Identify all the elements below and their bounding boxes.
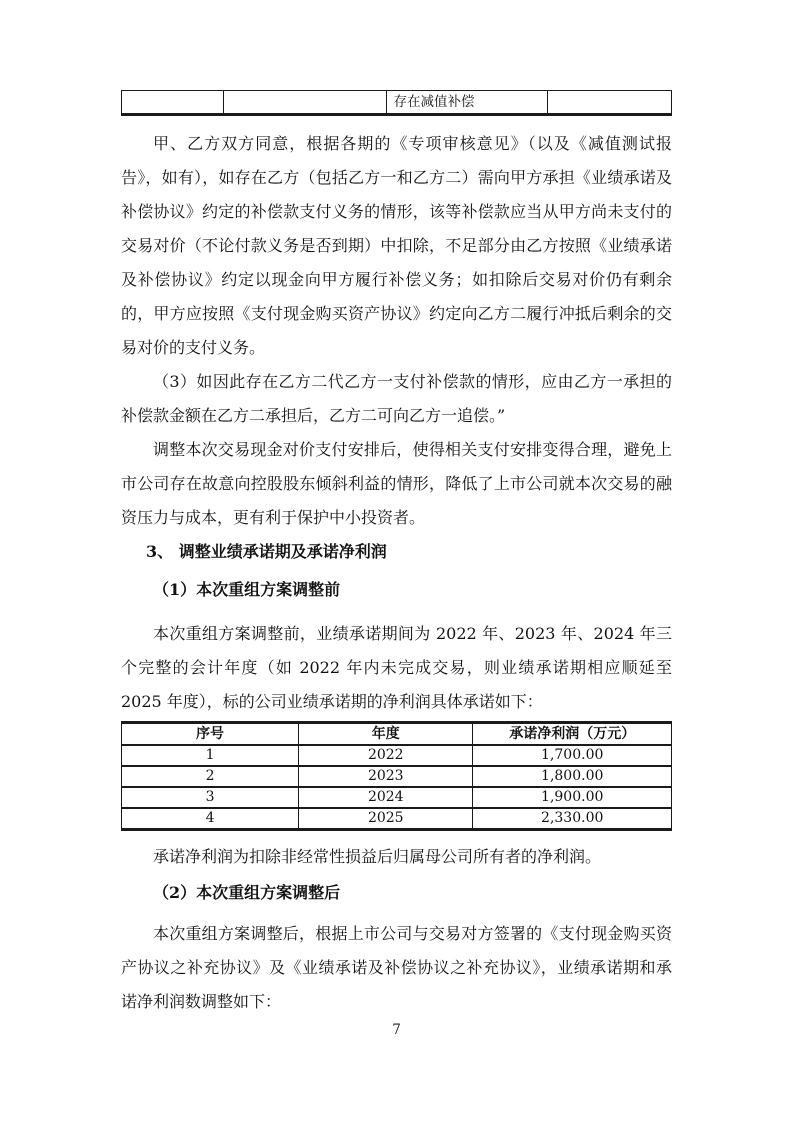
table-cell: 存在减值补偿	[386, 91, 548, 115]
table-row: 320241,900.00	[122, 787, 672, 808]
table-cell: 1,700.00	[473, 745, 672, 766]
table-cell: 2,330.00	[473, 808, 672, 830]
page-number: 7	[0, 1022, 793, 1038]
column-header-index: 序号	[122, 723, 299, 746]
paragraph-before-adjustment-intro: 本次重组方案调整前，业绩承诺期间为 2022 年、2023 年、2024 年三个…	[121, 617, 672, 719]
heading-before-adjustment: （1）本次重组方案调整前	[121, 573, 672, 607]
table-row: 120221,700.00	[122, 745, 672, 766]
document-page: 存在减值补偿 甲、乙方双方同意，根据各期的《专项审核意见》（以及《减值测试报告》…	[0, 0, 793, 1122]
paragraph-clause-3: （3）如因此存在乙方二代乙方一支付补偿款的情形，应由乙方一承担的补偿款金额在乙方…	[121, 365, 672, 433]
table-row: 存在减值补偿	[122, 91, 672, 115]
commitment-profit-table: 序号 年度 承诺净利润（万元） 120221,700.00220231,800.…	[121, 721, 672, 831]
column-header-year: 年度	[299, 723, 473, 746]
heading-after-adjustment: （2）本次重组方案调整后	[121, 876, 672, 910]
paragraph-adjustment-rationale: 调整本次交易现金对价支付安排后，使得相关支付安排变得合理，避免上市公司存在故意向…	[121, 433, 672, 535]
table-cell: 2023	[299, 766, 473, 787]
table-row: 220231,800.00	[122, 766, 672, 787]
paragraph-after-adjustment-intro: 本次重组方案调整后，根据上市公司与交易对方签署的《支付现金购买资产协议之补充协议…	[121, 917, 672, 1019]
table-cell: 2024	[299, 787, 473, 808]
table-cell	[122, 91, 224, 115]
paragraph-net-profit-definition: 承诺净利润为扣除非经常性损益后归属母公司所有者的净利润。	[121, 840, 672, 874]
table-cell: 1,900.00	[473, 787, 672, 808]
page-content: 存在减值补偿 甲、乙方双方同意，根据各期的《专项审核意见》（以及《减值测试报告》…	[121, 90, 672, 1019]
table-cell: 3	[122, 787, 299, 808]
table-cell: 2025	[299, 808, 473, 830]
table-cell: 4	[122, 808, 299, 830]
column-header-promised-profit: 承诺净利润（万元）	[473, 723, 672, 746]
table-cell: 1	[122, 745, 299, 766]
heading-adjust-commitment-period: 3、 调整业绩承诺期及承诺净利润	[121, 535, 672, 569]
commitment-table-body: 120221,700.00220231,800.00320241,900.004…	[122, 745, 672, 830]
paragraph-compensation-deduction: 甲、乙方双方同意，根据各期的《专项审核意见》（以及《减值测试报告》，如有），如存…	[121, 127, 672, 365]
table-cell: 2022	[299, 745, 473, 766]
carryover-table-fragment: 存在减值补偿	[121, 90, 672, 116]
table-row: 420252,330.00	[122, 808, 672, 830]
table-header-row: 序号 年度 承诺净利润（万元）	[122, 723, 672, 746]
table-cell	[224, 91, 386, 115]
table-cell	[548, 91, 672, 115]
table-cell: 1,800.00	[473, 766, 672, 787]
table-cell: 2	[122, 766, 299, 787]
